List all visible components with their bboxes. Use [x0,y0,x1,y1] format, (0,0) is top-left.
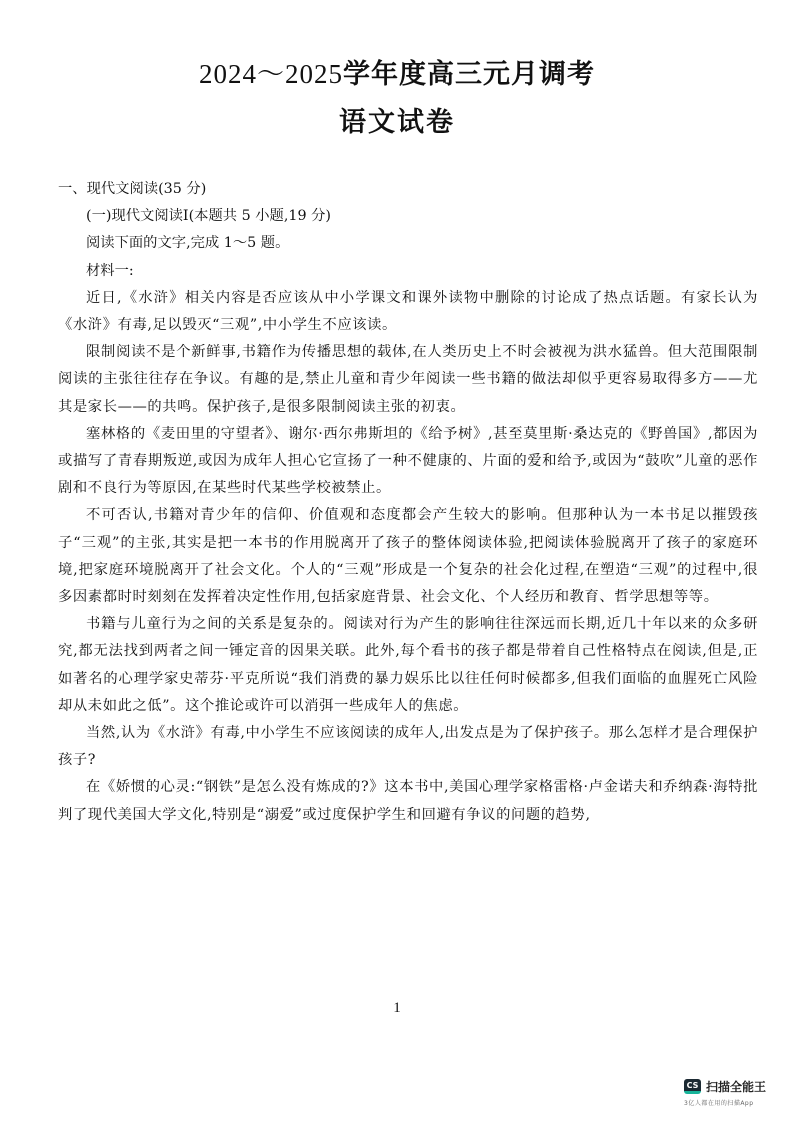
exam-year-range: 2024～2025 [199,59,343,89]
subsection-heading: (一)现代文阅读Ⅰ(本题共 5 小题,19 分) [58,203,758,230]
exam-title: 2024～2025学年度高三元月调考 [0,52,794,91]
paragraph: 塞林格的《麦田里的守望者》、谢尔·西尔弗斯坦的《给予树》,甚至莫里斯·桑达克的《… [58,421,758,503]
paragraph: 在《娇惯的心灵:“钢铁”是怎么没有炼成的?》这本书中,美国心理学家格雷格·卢金诺… [58,774,758,828]
watermark-app-name: 扫描全能王 [706,1078,766,1095]
camscanner-logo-icon: CS [684,1079,701,1094]
exam-title-main: 学年度高三元月调考 [343,59,595,90]
paragraph: 限制阅读不是个新鲜事,书籍作为传播思想的载体,在人类历史上不时会被视为洪水猛兽。… [58,339,758,421]
document-body: 一、现代文阅读(35 分) (一)现代文阅读Ⅰ(本题共 5 小题,19 分) 阅… [58,176,758,829]
page-number: 1 [0,1000,794,1017]
exam-subtitle: 语文试卷 [0,100,794,139]
paragraph: 近日,《水浒》相关内容是否应该从中小学课文和课外读物中删除的讨论成了热点话题。有… [58,285,758,339]
reading-instruction: 阅读下面的文字,完成 1～5 题。 [58,230,758,257]
paragraph: 当然,认为《水浒》有毒,中小学生不应该阅读的成年人,出发点是为了保护孩子。那么怎… [58,720,758,774]
watermark-tagline: 3亿人都在用的扫描App [684,1098,790,1107]
section-heading: 一、现代文阅读(35 分) [58,176,758,203]
paragraph: 书籍与儿童行为之间的关系是复杂的。阅读对行为产生的影响往往深远而长期,近几十年以… [58,611,758,720]
material-label: 材料一: [58,258,758,285]
scanner-watermark: CS 扫描全能王 3亿人都在用的扫描App [684,1078,790,1107]
paragraph: 不可否认,书籍对青少年的信仰、价值观和态度都会产生较大的影响。但那种认为一本书足… [58,502,758,611]
